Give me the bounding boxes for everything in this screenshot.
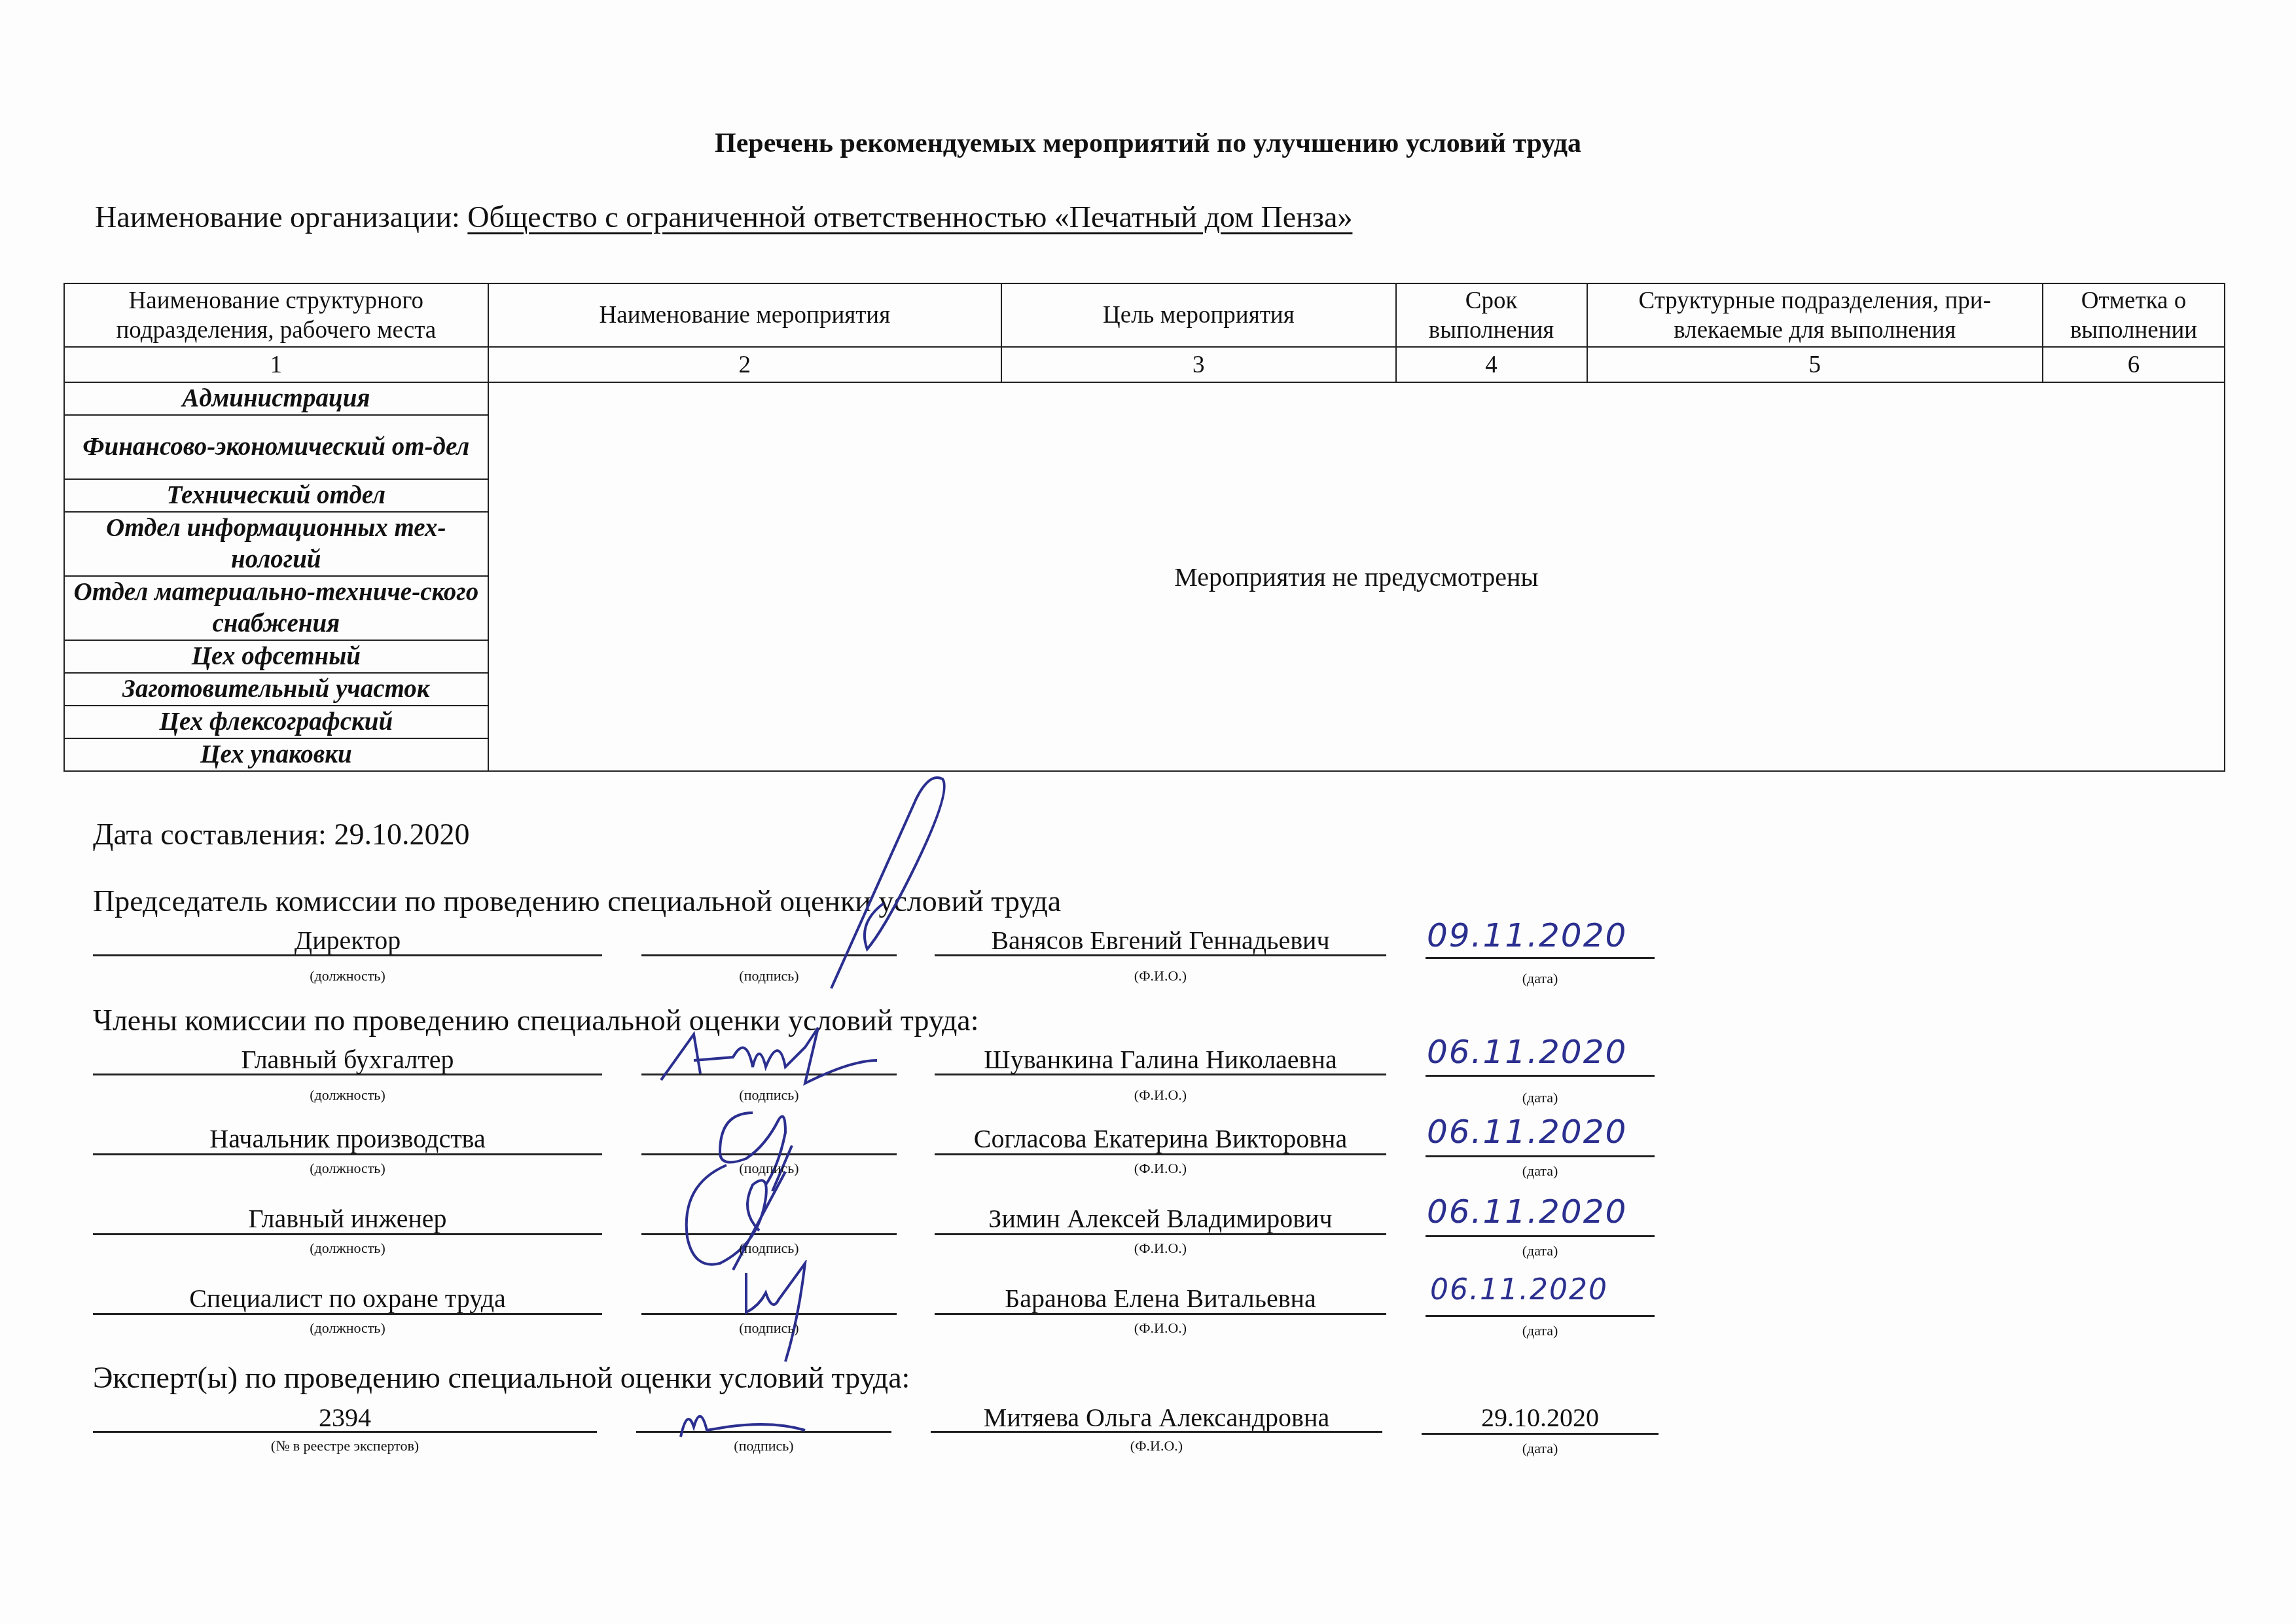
member-fio: Согласова Екатерина Викторовна — [935, 1123, 1386, 1154]
fio-line — [935, 1313, 1386, 1315]
department-cell: Заготовительный участок — [64, 673, 488, 706]
position-line — [93, 1153, 602, 1155]
chairman-position: Директор — [93, 925, 602, 956]
date-line — [1426, 957, 1655, 959]
fio-line — [935, 1233, 1386, 1235]
caption-date: (дата) — [1422, 1440, 1659, 1457]
expert-signature-icon — [674, 1401, 838, 1440]
position-line — [93, 954, 602, 956]
caption-fio: (Ф.И.О.) — [935, 967, 1386, 984]
date-line — [1422, 1433, 1659, 1435]
caption-position: (должность) — [93, 1160, 602, 1177]
caption-fio: (Ф.И.О.) — [935, 1087, 1386, 1104]
date-line — [1426, 1235, 1655, 1237]
member-signature-icon — [733, 1260, 825, 1365]
column-number: 1 — [64, 347, 488, 382]
member-fio: Зимин Алексей Владимирович — [935, 1203, 1386, 1234]
caption-position: (должность) — [93, 967, 602, 984]
date-line — [1426, 1155, 1655, 1157]
caption-registry: (№ в реестре экспертов) — [93, 1437, 597, 1454]
department-cell: Технический отдел — [64, 479, 488, 512]
fio-line — [935, 1074, 1386, 1075]
header-completion-mark: Отметка о выполнении — [2043, 283, 2225, 347]
column-number: 2 — [488, 347, 1001, 382]
column-number-row: 1 2 3 4 5 6 — [64, 347, 2225, 382]
column-number: 3 — [1001, 347, 1396, 382]
compiled-date: Дата составления: 29.10.2020 — [93, 817, 469, 852]
position-line — [93, 1074, 602, 1075]
caption-date: (дата) — [1426, 1322, 1655, 1339]
header-involved-units: Структурные подразделения, при-влекаемые… — [1587, 283, 2043, 347]
column-number: 6 — [2043, 347, 2225, 382]
position-line — [93, 1233, 602, 1235]
member-position: Начальник производства — [93, 1123, 602, 1154]
caption-signature: (подпись) — [641, 967, 897, 984]
chairman-date: 09.11.2020 — [1427, 916, 1627, 954]
department-cell: Цех флексографский — [64, 706, 488, 738]
position-line — [93, 1313, 602, 1315]
expert-fio: Митяева Ольга Александровна — [931, 1402, 1382, 1433]
caption-position: (должность) — [93, 1320, 602, 1337]
chairman-fio: Ванясов Евгений Геннадьевич — [935, 925, 1386, 956]
column-number: 5 — [1587, 347, 2043, 382]
caption-fio: (Ф.И.О.) — [935, 1160, 1386, 1177]
no-measures-message: Мероприятия не предусмотрены — [488, 382, 2225, 771]
table-row: Администрация Мероприятия не предусмотре… — [64, 382, 2225, 415]
fio-line — [931, 1431, 1382, 1433]
member-position: Специалист по охране труда — [93, 1283, 602, 1314]
member-fio: Баранова Елена Витальевна — [935, 1283, 1386, 1314]
member-signature-icon — [674, 1159, 818, 1276]
expert-registry-number: 2394 — [93, 1402, 597, 1433]
department-cell: Отдел материально-техниче-ского снабжени… — [64, 576, 488, 640]
caption-signature: (подпись) — [641, 1087, 897, 1104]
fio-line — [935, 954, 1386, 956]
member-signature-icon — [655, 1021, 903, 1093]
department-cell: Финансово-экономический от-дел — [64, 415, 488, 479]
caption-date: (дата) — [1426, 1242, 1655, 1259]
member-date: 06.11.2020 — [1427, 1033, 1627, 1071]
member-position: Главный бухгалтер — [93, 1044, 602, 1075]
header-measure-name: Наименование мероприятия — [488, 283, 1001, 347]
organization-label: Наименование организации: — [95, 200, 460, 234]
caption-date: (дата) — [1426, 1089, 1655, 1106]
caption-fio: (Ф.И.О.) — [931, 1437, 1382, 1454]
column-number: 4 — [1396, 347, 1587, 382]
table-header-row: Наименование структурного подразделения,… — [64, 283, 2225, 347]
caption-signature: (подпись) — [641, 1240, 897, 1257]
header-measure-goal: Цель мероприятия — [1001, 283, 1396, 347]
caption-position: (должность) — [93, 1087, 602, 1104]
caption-date: (дата) — [1426, 970, 1655, 987]
caption-signature: (подпись) — [641, 1320, 897, 1337]
header-deadline: Срок выполнения — [1396, 283, 1587, 347]
organization-name: Общество с ограниченной ответственностью… — [467, 200, 1352, 234]
member-fio: Шуванкина Галина Николаевна — [935, 1044, 1386, 1075]
member-date: 06.11.2020 — [1427, 1113, 1627, 1151]
experts-heading: Эксперт(ы) по проведению специальной оце… — [93, 1360, 910, 1395]
expert-date: 29.10.2020 — [1422, 1402, 1659, 1433]
header-department: Наименование структурного подразделения,… — [64, 283, 488, 347]
date-line — [1426, 1075, 1655, 1077]
caption-date: (дата) — [1426, 1163, 1655, 1180]
member-position: Главный инженер — [93, 1203, 602, 1234]
department-cell: Отдел информационных тех-нологий — [64, 512, 488, 576]
department-cell: Администрация — [64, 382, 488, 415]
department-cell: Цех упаковки — [64, 738, 488, 771]
caption-fio: (Ф.И.О.) — [935, 1240, 1386, 1257]
document-title: Перечень рекомендуемых мероприятий по ул… — [0, 128, 2296, 159]
caption-signature: (подпись) — [636, 1437, 891, 1454]
fio-line — [935, 1153, 1386, 1155]
measures-table: Наименование структурного подразделения,… — [63, 283, 2225, 772]
chairman-signature-icon — [812, 772, 982, 995]
organization-line: Наименование организации: Общество с огр… — [95, 200, 1352, 234]
date-line — [1426, 1315, 1655, 1317]
caption-fio: (Ф.И.О.) — [935, 1320, 1386, 1337]
caption-position: (должность) — [93, 1240, 602, 1257]
member-date: 06.11.2020 — [1430, 1273, 1608, 1307]
department-cell: Цех офсетный — [64, 640, 488, 673]
member-date: 06.11.2020 — [1427, 1193, 1627, 1231]
registry-line — [93, 1431, 597, 1433]
